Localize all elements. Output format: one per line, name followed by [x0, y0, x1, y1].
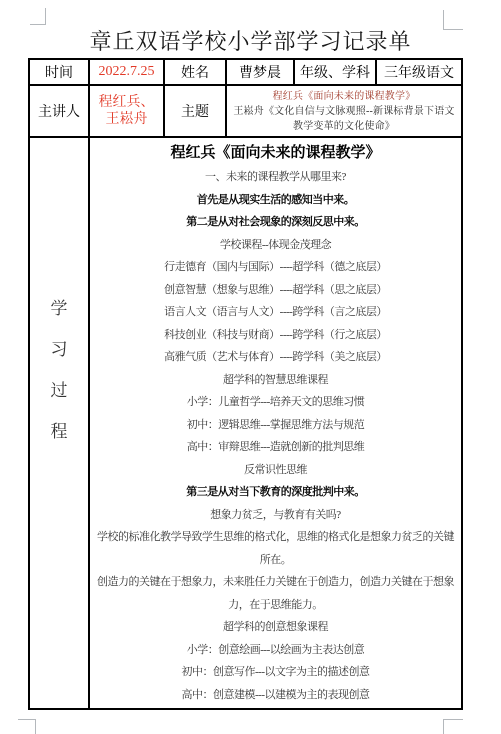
process-label: 学习过程 [34, 294, 84, 442]
page-title: 章丘双语学校小学部学习记录单 [0, 25, 501, 56]
content-line: 创意智慧（想象与思维）----超学科（思之底层） [94, 279, 457, 302]
process-row: 学习过程 程红兵《面向未来的课程教学》一、未来的课程教学从哪里来?首先是从现实生… [29, 137, 462, 709]
topic-line-1: 程红兵《面向未来的课程教学》 [231, 89, 457, 104]
content-line: 高中：审辩思维---造就创新的批判思维 [94, 436, 457, 459]
content-line: 第三是从对当下教育的深度批判中来。 [94, 481, 457, 504]
name-label: 姓名 [164, 59, 226, 85]
content-line: 初中：创意写作---以文字为主的描述创意 [94, 661, 457, 684]
topic-cell: 程红兵《面向未来的课程教学》 王崧舟《文化自信与文脉观照--新课标背景下语文教学… [226, 85, 462, 137]
content-line: 科技创业（科技与财商）----跨学科（行之底层） [94, 324, 457, 347]
content-line: 高中：创意建模---以建模为主的表现创意 [94, 684, 457, 707]
content-line: 程红兵《面向未来的课程教学》 [94, 140, 457, 166]
name-value: 曹梦晨 [226, 59, 294, 85]
content-line: 行走德育（国内与国际）----超学科（德之底层） [94, 256, 457, 279]
process-label-char: 过 [51, 376, 68, 401]
topic-line-2: 王崧舟《文化自信与文脉观照--新课标背景下语文教学变革的文化使命》 [231, 104, 457, 134]
speaker-row: 主讲人 程红兵、王崧舟 主题 程红兵《面向未来的课程教学》 王崧舟《文化自信与文… [29, 85, 462, 137]
content-line: 超学科的创意想象课程 [94, 616, 457, 639]
speaker-label: 主讲人 [29, 85, 89, 137]
learning-content: 程红兵《面向未来的课程教学》一、未来的课程教学从哪里来?首先是从现实生活的感知当… [89, 137, 462, 709]
content-line: 学校课程--体现金茂理念 [94, 234, 457, 257]
process-cell: 学习过程 [29, 137, 89, 709]
content-line: 想象力贫乏，与教育有关吗? [94, 504, 457, 527]
process-label-char: 习 [51, 335, 68, 360]
content-line: 反常识性思维 [94, 459, 457, 482]
crop-mark-bottom-left [18, 719, 36, 734]
crop-mark-top-left [30, 8, 46, 25]
time-label: 时间 [29, 59, 89, 85]
grade-subject-value: 三年级语文 [376, 59, 462, 85]
content-line: 高雅气质（艺术与体育）----跨学科（美之底层） [94, 346, 457, 369]
content-line: 小学：创意绘画---以绘画为主表达创意 [94, 639, 457, 662]
content-line: 首先是从现实生活的感知当中来。 [94, 189, 457, 212]
content-line: 语言人文（语言与人文）----跨学科（言之底层） [94, 301, 457, 324]
time-value: 2022.7.25 [89, 59, 164, 85]
header-row: 时间 2022.7.25 姓名 曹梦晨 年级、学科 三年级语文 [29, 59, 462, 85]
process-label-char: 程 [51, 417, 68, 442]
content-line: 第二是从对社会现象的深刻反思中来。 [94, 211, 457, 234]
content-line: 小学：儿童哲学---培养天文的思维习惯 [94, 391, 457, 414]
grade-subject-label: 年级、学科 [294, 59, 376, 85]
speaker-value: 程红兵、王崧舟 [89, 85, 164, 137]
content-line: 一、未来的课程教学从哪里来? [94, 166, 457, 189]
process-label-char: 学 [51, 294, 68, 319]
topic-label: 主题 [164, 85, 226, 137]
content-line: 超学科的智慧思维课程 [94, 369, 457, 392]
content-line: 初中：逻辑思维---掌握思维方法与规范 [94, 414, 457, 437]
content-line: 学校的标准化教学导致学生思维的格式化，思维的格式化是想象力贫乏的关键所在。 [94, 526, 457, 571]
content-line: 创造力的关键在于想象力，未来胜任力关键在于创造力，创造力关键在于想象力，在于思维… [94, 571, 457, 616]
crop-mark-bottom-right [443, 719, 463, 734]
record-table: 时间 2022.7.25 姓名 曹梦晨 年级、学科 三年级语文 主讲人 程红兵、… [28, 58, 463, 710]
